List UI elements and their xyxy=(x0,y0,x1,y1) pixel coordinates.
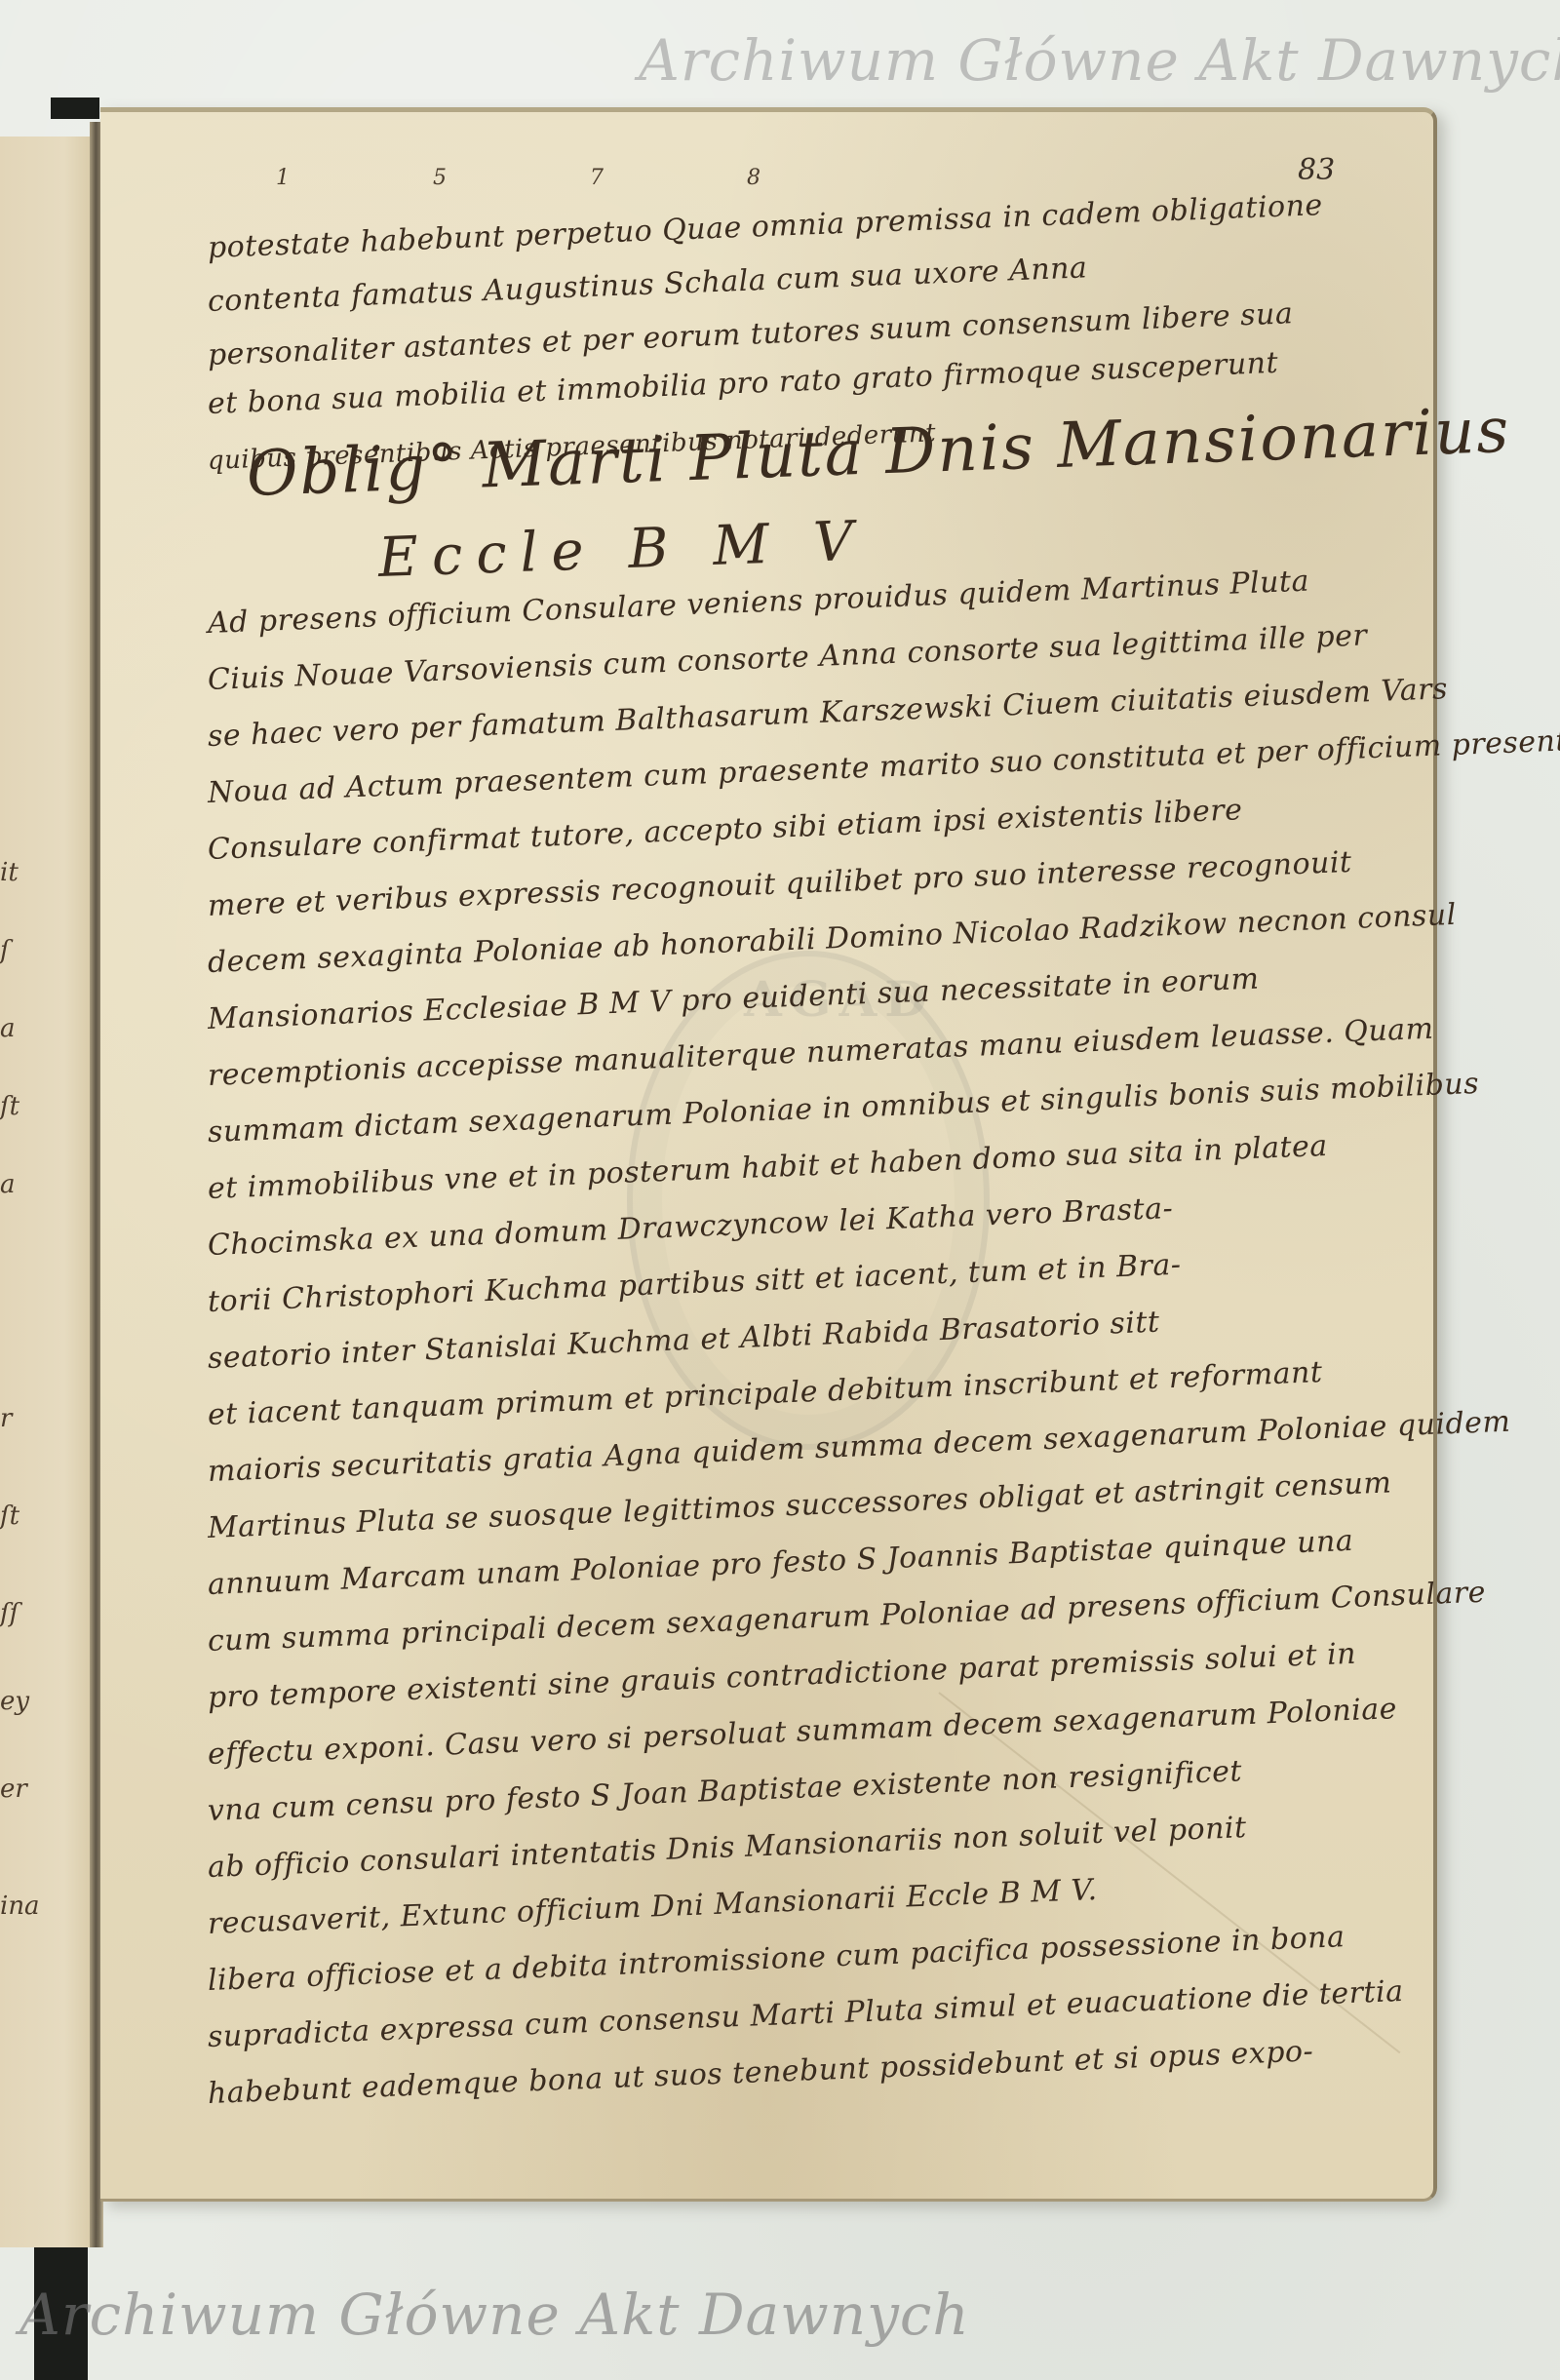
left-fragment: r xyxy=(0,1404,12,1433)
left-fragment: it xyxy=(0,858,19,887)
left-fragment: ſ xyxy=(0,936,10,965)
marginal-numbers: 1 5 7 8 xyxy=(276,166,829,190)
manuscript-page: AGAD 83 1 5 7 8 potestate habebunt perpe… xyxy=(100,107,1437,2202)
adjacent-left-page: it ſ a ſt a r ſt ſſ ey er ina xyxy=(0,137,95,2247)
left-fragment: a xyxy=(0,1014,16,1043)
manuscript-line: contenta famatus Augustinus Schala cum s… xyxy=(207,254,1088,317)
manuscript-line: recusaverit, Extunc officium Dni Mansion… xyxy=(207,1876,1098,1939)
entry-heading-line2: Eccle B M V xyxy=(377,510,868,590)
manuscript-line: potestate habebunt perpetuo Quae omnia p… xyxy=(207,191,1323,263)
left-fragment: a xyxy=(0,1170,16,1199)
folio-number: 83 xyxy=(1298,153,1335,187)
left-fragment: er xyxy=(0,1775,27,1804)
archive-watermark-top: Archiwum Główne Akt Dawnych xyxy=(639,27,1560,94)
left-fragment: ſſ xyxy=(0,1599,19,1628)
left-fragment: ey xyxy=(0,1687,29,1716)
left-fragment: ſt xyxy=(0,1502,19,1531)
left-fragment: ina xyxy=(0,1892,40,1921)
archive-watermark-bottom: Archiwum Główne Akt Dawnych xyxy=(19,2282,970,2348)
scan-edge-dark xyxy=(51,98,99,119)
left-fragment: ſt xyxy=(0,1092,19,1121)
